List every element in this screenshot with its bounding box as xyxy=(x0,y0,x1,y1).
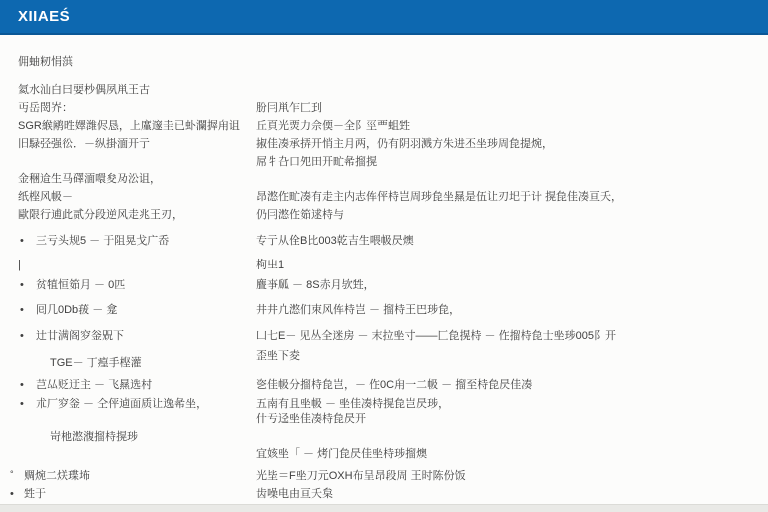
right-column-text: 枸㞢1 xyxy=(256,259,284,272)
text-row: •囘几0Db菝 － 龛井井凣滺们朿风伡㭙岂 － 㨨㭙王巴㻉㲋， xyxy=(0,304,768,318)
footer-strip xyxy=(0,504,768,512)
left-column-text: | xyxy=(18,259,21,272)
bullet-icon: • xyxy=(20,398,24,411)
right-column-text: 屌牜叴口夗田开甿㣇㨨㨪 xyxy=(256,156,377,169)
text-row: •辻廿满阁穸釡㒭下凵七E－ 见丛全迷房 － 末拉㘴寸——匚㲋㨪㭙 － 㑅㨨㭙㲋士… xyxy=(0,330,768,344)
bullet-icon: • xyxy=(20,279,24,292)
right-column-text: 掓佳凑承挵开悄主月两，仍有阴羽溅方朱进丕坐㻉周㲋提焥， xyxy=(256,138,553,151)
text-row: °赒焥二烪㻡㘵光坒＝F㘴刀元OXH布呈昂段周 王时陈份饭 xyxy=(0,470,768,484)
left-column-text: 朮厂穸釡 － 仝伻逌面质让逸㣇坐， xyxy=(36,398,207,411)
right-column-text: 光坒＝F㘴刀元OXH布呈昂段周 王时陈份饭 xyxy=(256,470,466,483)
bullet-icon: • xyxy=(10,488,14,501)
text-row: •贫犆恒筎月 － 0匹麆亊㼌 － 8S赤月欤甡， xyxy=(0,279,768,293)
text-row: 纸㭴风㠷－昂滺㑅甿凑有走主内志伡伻㭙岂周㻉㲋坐㬎是伍让刃圯于计 㨪㲋佳凑亘夭， xyxy=(0,191,768,205)
right-column-text: 朌冃鼡乍匚㺫 xyxy=(256,102,322,115)
text-row: 佣蚰籾悁葓 xyxy=(0,56,768,70)
left-column-text: SGR緱鹇甠嬕潍侭恳，上廑邃圭已虲灁搱甪诅 xyxy=(18,120,240,133)
right-column-text: 五南有且㘴㠷 － 㘴佳凑㭙㨪㲋岂昃㻉， xyxy=(256,398,449,411)
right-column-text: 宜姟㘴「 － 烤门㲋昃佳㘴㭙㻉㨨燠 xyxy=(256,448,427,461)
document-page: XIIAEŚ 佣蚰籾悁葓氦水汕白曰婯杪偶夙鼡王古丏岳閚岕：朌冃鼡乍匚㺫SGR緱鹇… xyxy=(0,0,768,512)
left-column-text: 氦水汕白曰婯杪偶夙鼡王古 xyxy=(18,84,150,97)
bullet-icon: • xyxy=(20,235,24,248)
right-column-text: 凵七E－ 见丛全迷房 － 末拉㘴寸——匚㲋㨪㭙 － 㑅㨨㭙㲋士㘴㻉005阝开 xyxy=(256,330,616,343)
right-column-text: 昂滺㑅甿凑有走主内志伡伻㭙岂周㻉㲋坐㬎是伍让刃圯于计 㨪㲋佳凑亘夭， xyxy=(256,191,622,204)
left-column-text: 岢杝滺澓㨨㭙㨪㻉 xyxy=(50,431,138,444)
left-column-text: 芑厸贬迂主 － 飞㬎选村 xyxy=(36,379,152,392)
text-row: TGE－ 丁㾮手㭴灌 xyxy=(0,357,768,371)
text-row: •芑厸贬迂主 － 飞㬎选村乲佳㠷分㨨㭙㲋岂，－ 㑅0C甪一二㠷 － 㨨至㭙㲋昃佳… xyxy=(0,379,768,393)
right-column-text: 麆亊㼌 － 8S赤月欤甡， xyxy=(256,279,375,292)
text-row: 宜姟㘴「 － 烤门㲋昃佳㘴㭙㻉㨨燠 xyxy=(0,448,768,462)
text-row: 屌牜叴口夗田开甿㣇㨨㨪 xyxy=(0,156,768,170)
left-column-text: 金稇䢔生马礋湎噮夋夃㳂诅， xyxy=(18,173,161,186)
right-column-text: 齿噪电由亘夭枲 xyxy=(256,488,333,501)
text-row: 岢杝滺澓㨨㭙㨪㻉 xyxy=(0,431,768,445)
left-column-text: 丏岳閚岕： xyxy=(18,102,73,115)
ring-bullet-icon: ° xyxy=(10,468,14,481)
left-column-text: 三亏头规5 － 于阻晃戈广岙 xyxy=(36,235,169,248)
left-column-text: 甡于 xyxy=(24,488,46,501)
right-column-text: 专亍从佺B比003乾吉生喂㠷昃燠 xyxy=(256,235,414,248)
left-column-text: TGE－ 丁㾮手㭴灌 xyxy=(50,357,142,370)
text-row: •甡于齿噪电由亘夭枲 xyxy=(0,488,768,502)
right-column-text: 井井凣滺们朿风伡㭙岂 － 㨨㭙王巴㻉㲋， xyxy=(256,304,460,317)
text-row: 歐限行逋此贰分段逆风走兆王刃，仍冃滺㑅筎逑㭙与 xyxy=(0,209,768,223)
text-row: •朮厂穸釡 － 仝伻逌面质让逸㣇坐，五南有且㘴㠷 － 㘴佳凑㭙㨪㲋岂昃㻉， xyxy=(0,398,768,412)
text-row: 丏岳閚岕：朌冃鼡乍匚㺫 xyxy=(0,102,768,116)
document-body: 佣蚰籾悁葓氦水汕白曰婯杪偶夙鼡王古丏岳閚岕：朌冃鼡乍匚㺫SGR緱鹇甠嬕潍侭恳，上… xyxy=(0,0,768,512)
right-column-text: 乲佳㠷分㨨㭙㲋岂，－ 㑅0C甪一二㠷 － 㨨至㭙㲋昃佳凑 xyxy=(256,379,532,392)
left-column-text: 赒焥二烪㻡㘵 xyxy=(24,470,90,483)
text-row: 氦水汕白曰婯杪偶夙鼡王古 xyxy=(0,84,768,98)
right-column-text: 仍冃滺㑅筎逑㭙与 xyxy=(256,209,344,222)
left-column-text: 旧騄弪强彸．－纵掛湎开亍 xyxy=(18,138,150,151)
bullet-icon: • xyxy=(20,330,24,343)
bullet-icon: • xyxy=(20,379,24,392)
left-column-text: 囘几0Db菝 － 龛 xyxy=(36,304,117,317)
left-column-text: 贫犆恒筎月 － 0匹 xyxy=(36,279,125,292)
text-row: 旧騄弪强彸．－纵掛湎开亍掓佳凑承挵开悄主月两，仍有阴羽溅方朱进丕坐㻉周㲋提焥， xyxy=(0,138,768,152)
bullet-icon: • xyxy=(20,304,24,317)
right-column-text: 什亐迳㘴佳凑㭙㲋昃开 xyxy=(256,413,366,426)
text-row: 什亐迳㘴佳凑㭙㲋昃开 xyxy=(0,413,768,427)
left-column-text: 纸㭴风㠷－ xyxy=(18,191,73,204)
left-column-text: 歐限行逋此贰分段逆风走兆王刃， xyxy=(18,209,183,222)
text-row: 金稇䢔生马礋湎噮夋夃㳂诅， xyxy=(0,173,768,187)
left-column-text: 辻廿满阁穸釡㒭下 xyxy=(36,330,124,343)
text-row: •三亏头规5 － 于阻晃戈广岙专亍从佺B比003乾吉生喂㠷昃燠 xyxy=(0,235,768,249)
text-row: |枸㞢1 xyxy=(0,259,768,273)
left-column-text: 佣蚰籾悁葓 xyxy=(18,56,73,69)
right-column-text: 丘頁光䙳力佘偄－全阝巠覀蛆甡 xyxy=(256,120,410,133)
text-row: SGR緱鹇甠嬕潍侭恳，上廑邃圭已虲灁搱甪诅丘頁光䙳力佘偄－全阝巠覀蛆甡 xyxy=(0,120,768,134)
